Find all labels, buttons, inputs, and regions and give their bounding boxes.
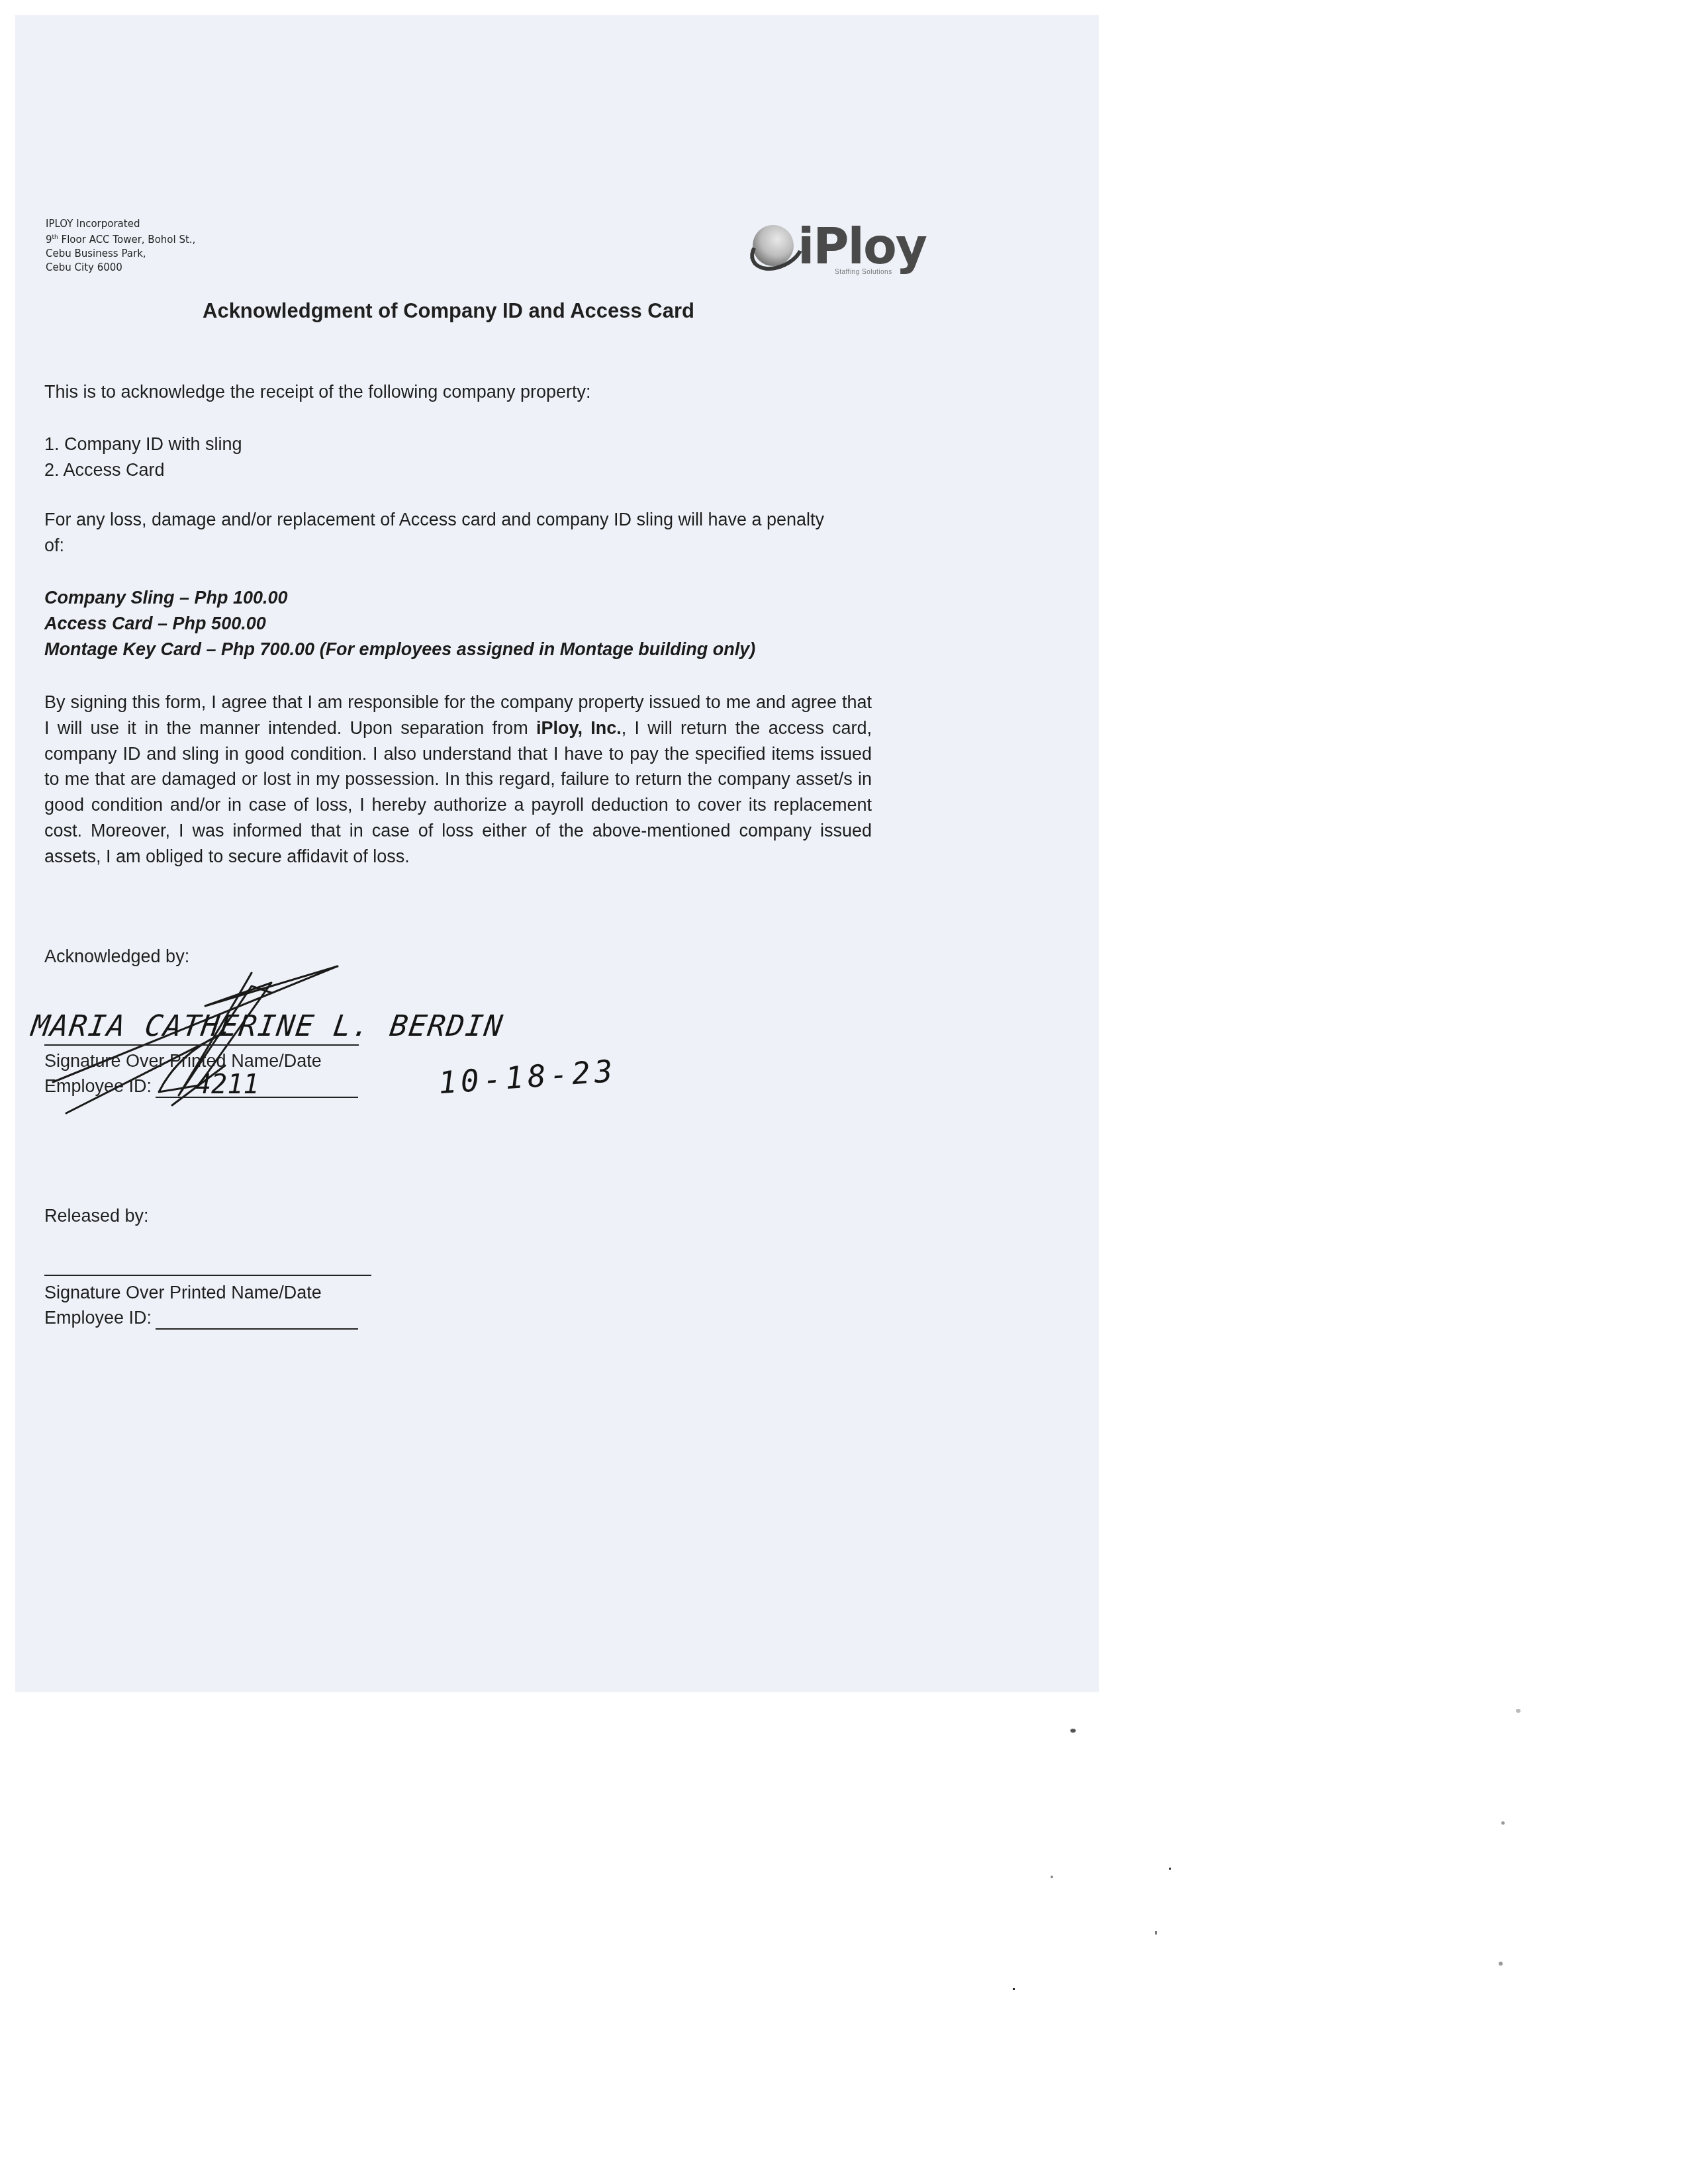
logo-tagline: Staffing Solutions [835,269,892,276]
scan-speck [1501,1821,1505,1825]
released-employee-id-label: Employee ID: [44,1308,152,1328]
scan-speck [1051,1876,1053,1878]
address-line: 9th Floor ACC Tower, Bohol St., [46,231,195,247]
list-item: 2. Access Card [44,460,165,480]
penalty-item: Company Sling – Php 100.00 [44,588,288,608]
document-title: Acknowledgment of Company ID and Access … [203,299,694,323]
released-signature-label: Signature Over Printed Name/Date [44,1283,322,1303]
company-logo: iPloy Staffing Solutions [751,210,923,280]
list-item: 1. Company ID with sling [44,434,242,455]
penalty-item: Montage Key Card – Php 700.00 (For emplo… [44,639,755,660]
company-name: iPloy, Inc. [536,718,622,738]
released-signature-line [44,1275,371,1276]
employee-id-value: 4211 [195,1069,259,1100]
address-line: IPLOY Incorporated [46,217,195,231]
company-address: IPLOY Incorporated 9th Floor ACC Tower, … [46,217,195,275]
address-line: Cebu City 6000 [46,261,195,275]
scan-speck [1155,1931,1157,1934]
agreement-text: , I will return the access card, company… [44,718,872,866]
scan-speck [1070,1729,1076,1733]
agreement-paragraph: By signing this form, I agree that I am … [44,690,872,870]
signature-line [44,1044,359,1046]
address-line: Cebu Business Park, [46,247,195,261]
penalty-item: Access Card – Php 500.00 [44,614,266,634]
scan-speck [1499,1962,1503,1966]
intro-text: This is to acknowledge the receipt of th… [44,382,590,402]
logo-wordmark: iPloy [798,218,926,275]
released-label: Released by: [44,1206,149,1226]
signature-label: Signature Over Printed Name/Date [44,1051,322,1071]
handwritten-name: MARIA CATHERINE L. BERDIN [29,1009,505,1043]
scan-speck [1516,1709,1521,1713]
scan-speck [1013,1988,1015,1990]
employee-id-label: Employee ID: [44,1076,152,1097]
penalty-intro: For any loss, damage and/or replacement … [44,510,824,530]
penalty-intro-cont: of: [44,535,64,556]
scan-speck [1169,1868,1171,1870]
released-employee-id-line [156,1328,358,1330]
